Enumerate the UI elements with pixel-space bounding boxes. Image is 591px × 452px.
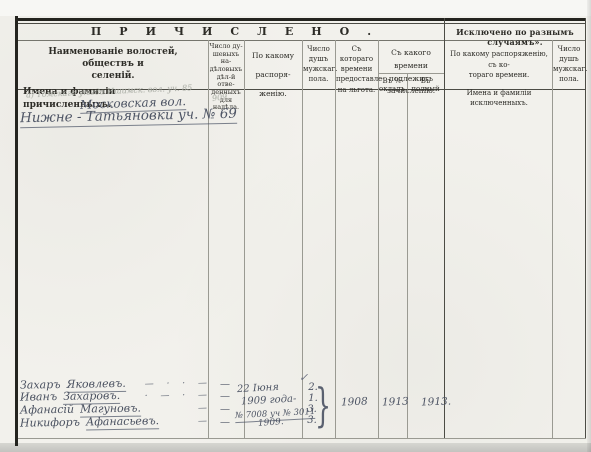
column-line-5: [378, 40, 379, 438]
table-bottom-border: [15, 438, 586, 439]
header-full-salary: Въ полный: [408, 77, 443, 88]
handwritten-name-row: Никифоръ Афанасьевъ. —: [20, 413, 212, 431]
column-line-2: [244, 40, 245, 438]
handwritten-order-year-2: 1909.: [258, 417, 284, 429]
header-allotment-souls: Число ду- шевыхъ на- дѣловыхъ дѣл-й отве…: [209, 43, 243, 88]
header-excluded-souls: Число душъ мужскаг. пола.: [553, 44, 585, 88]
full-salary-year: 1913.: [421, 395, 451, 408]
header-privilege-since: Съ котораго времени предоставле- на льго…: [336, 44, 377, 88]
brace-mark: }: [315, 378, 331, 432]
section-title-enrolled: ПРИЧИСЛЕНО.: [18, 25, 444, 40]
table-right-border: [585, 18, 586, 438]
header-excluded-order-text: По какому распоряженію, съ ко- тораго вр…: [447, 49, 551, 81]
header-male-souls: Число душъ мужскаг. пола.: [303, 44, 334, 88]
column-line-7: [552, 40, 553, 438]
table-top-border-inner: [15, 23, 586, 24]
page-bottom-edge-shadow: [0, 443, 591, 452]
dash-leader: —: [165, 416, 212, 427]
privilege-year: 1908: [341, 396, 368, 409]
table-top-border: [15, 18, 586, 21]
half-salary-year: 1913: [382, 396, 409, 409]
column-line-6: [407, 73, 408, 438]
page-right-edge-shadow: [587, 0, 591, 452]
header-enlist-since-group: Съ какого времени подлежитъ зачисленію.: [379, 47, 443, 71]
person-first-name: Иванъ: [20, 390, 57, 404]
section-title-excluded: Исключено по разнымъ случаямъ».: [444, 27, 586, 40]
header-half-salary: Въ ½-окладъ.: [379, 77, 407, 88]
header-excluded-order: По какому распоряженію, съ ко- тораго вр…: [447, 49, 551, 88]
person-first-name: Никифоръ: [20, 416, 80, 430]
section-divider-line: [444, 18, 445, 438]
page-top-margin: [0, 0, 591, 16]
person-surname: Афанасьевъ.: [86, 414, 159, 430]
header-names-main: Наименованіе волостей, обществъ и селені…: [21, 46, 205, 82]
handwritten-order-date: 22 Іюня: [237, 382, 279, 395]
scanned-document-page: ПРИЧИСЛЕНО. Исключено по разнымъ случаям…: [0, 0, 591, 452]
person-first-name: Афанасій: [20, 403, 74, 417]
handwritten-settlement: Нижне - Татьяновки уч. № 69: [20, 106, 237, 129]
column-line-4: [335, 40, 336, 438]
header-by-what-order: По какому распоря- женію.: [245, 47, 301, 88]
header-names-column: Наименованіе волостей, обществъ и селені…: [21, 46, 205, 88]
handwritten-order-year: 1909 года-: [241, 394, 297, 408]
header-excluded-names: Имена и фамиліи исключенныхъ.: [447, 88, 551, 109]
table-left-border: [15, 16, 18, 446]
